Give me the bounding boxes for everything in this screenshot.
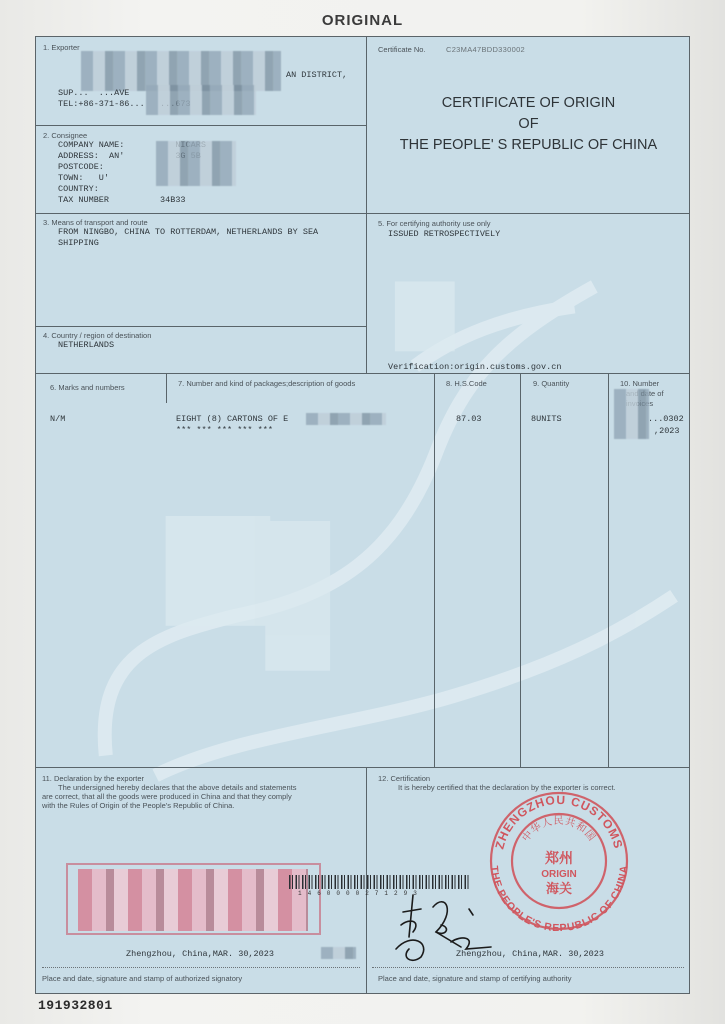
divider [36,373,690,374]
divider [36,767,690,768]
signature-line [372,967,684,968]
certificate-form: 1. Exporter AN DISTRICT, SUP... ...AVE T… [35,36,690,994]
authority-use-value: ISSUED RETROSPECTIVELY [388,229,500,240]
stamp-city: 郑州 [544,850,573,867]
redacted-exporter-phone [146,85,256,115]
declaration-text-line3: with the Rules of Origin of the People's… [42,801,234,810]
description-value-line2: *** *** *** *** *** [176,425,273,436]
divider [520,373,521,767]
packages-header: 7. Number and kind of packages;descripti… [178,379,355,388]
transport-label: 3. Means of transport and route [43,218,148,227]
divider [36,326,366,327]
exporter-label: 1. Exporter [43,43,80,52]
certification-label: 12. Certification [378,774,430,783]
destination-value: NETHERLANDS [58,340,114,351]
stamp-office: 海关 [546,881,572,897]
redacted-mark [321,947,356,959]
exporter-address-line: AN DISTRICT, [286,70,347,81]
serial-number: 191932801 [38,998,113,1013]
invoice-number-value: ...0302 [648,414,684,425]
invoice-header: 10. Number [620,379,659,388]
exporter-place-date: Zhengzhou, China,MAR. 30,2023 [126,949,274,960]
declaration-text-line2: are correct, that all the goods were pro… [42,792,292,801]
transport-route-line2: SHIPPING [58,238,99,249]
signature-line [42,967,360,968]
paper-title: ORIGINAL [0,12,725,29]
consignee-label: 2. Consignee [43,131,87,140]
certificate-title-line2: OF [366,114,690,135]
divider [366,37,367,373]
consignee-tax-number: TAX NUMBER 34B33 [58,195,186,206]
exporter-company-stamp [66,863,321,935]
declaration-label: 11. Declaration by the exporter [42,774,144,783]
divider [608,373,609,767]
marks-value: N/M [50,414,65,425]
certifier-place-date: Zhengzhou, China,MAR. 30,2023 [456,949,604,960]
hs-code-value: 87.03 [456,414,482,425]
destination-label: 4. Country / region of destination [43,331,151,340]
divider [36,213,690,214]
certificate-title-line3: THE PEOPLE' S REPUBLIC OF CHINA [366,135,690,156]
certifier-footer: Place and date, signature and stamp of c… [378,974,571,983]
divider [434,373,435,767]
certificate-title-line1: CERTIFICATE OF ORIGIN [366,93,690,114]
marks-header: 6. Marks and numbers [50,383,125,392]
certificate-number-label: Certificate No. [378,45,426,54]
redacted-description [306,413,386,425]
exporter-address-line: SUP... ...AVE [58,88,129,99]
transport-route: FROM NINGBO, CHINA TO ROTTERDAM, NETHERL… [58,227,318,238]
zhengzhou-customs-stamp-icon: ZHENGZHOU CUSTOMS THE PEOPLE'S REPUBLIC … [484,791,634,931]
consignee-country: COUNTRY: [58,184,99,195]
exporter-signatory-footer: Place and date, signature and stamp of a… [42,974,242,983]
stamp-inner-text: 中华人民共和国 [519,814,598,844]
redacted-consignee [156,141,236,186]
divider [36,125,366,126]
consignee-town: TOWN: U' [58,173,109,184]
redacted-invoice [614,389,649,439]
quantity-value: 8UNITS [531,414,562,425]
quantity-header: 9. Quantity [533,379,569,388]
certificate-number-value: C23MA47BDD330002 [446,45,525,54]
divider [166,373,167,403]
description-value: EIGHT (8) CARTONS OF E [176,414,288,425]
redacted-exporter-stamp [78,869,308,931]
consignee-postcode: POSTCODE: [58,162,104,173]
verification-url: Verification:origin.customs.gov.cn [388,362,561,373]
hs-code-header: 8. H.S.Code [446,379,487,388]
declaration-text-line1: The undersigned hereby declares that the… [58,783,297,792]
svg-text:中华人民共和国: 中华人民共和国 [519,814,598,844]
invoice-date-value: ,2023 [654,426,680,437]
stamp-word: ORIGIN [541,869,577,880]
authority-use-label: 5. For certifying authority use only [378,219,491,228]
